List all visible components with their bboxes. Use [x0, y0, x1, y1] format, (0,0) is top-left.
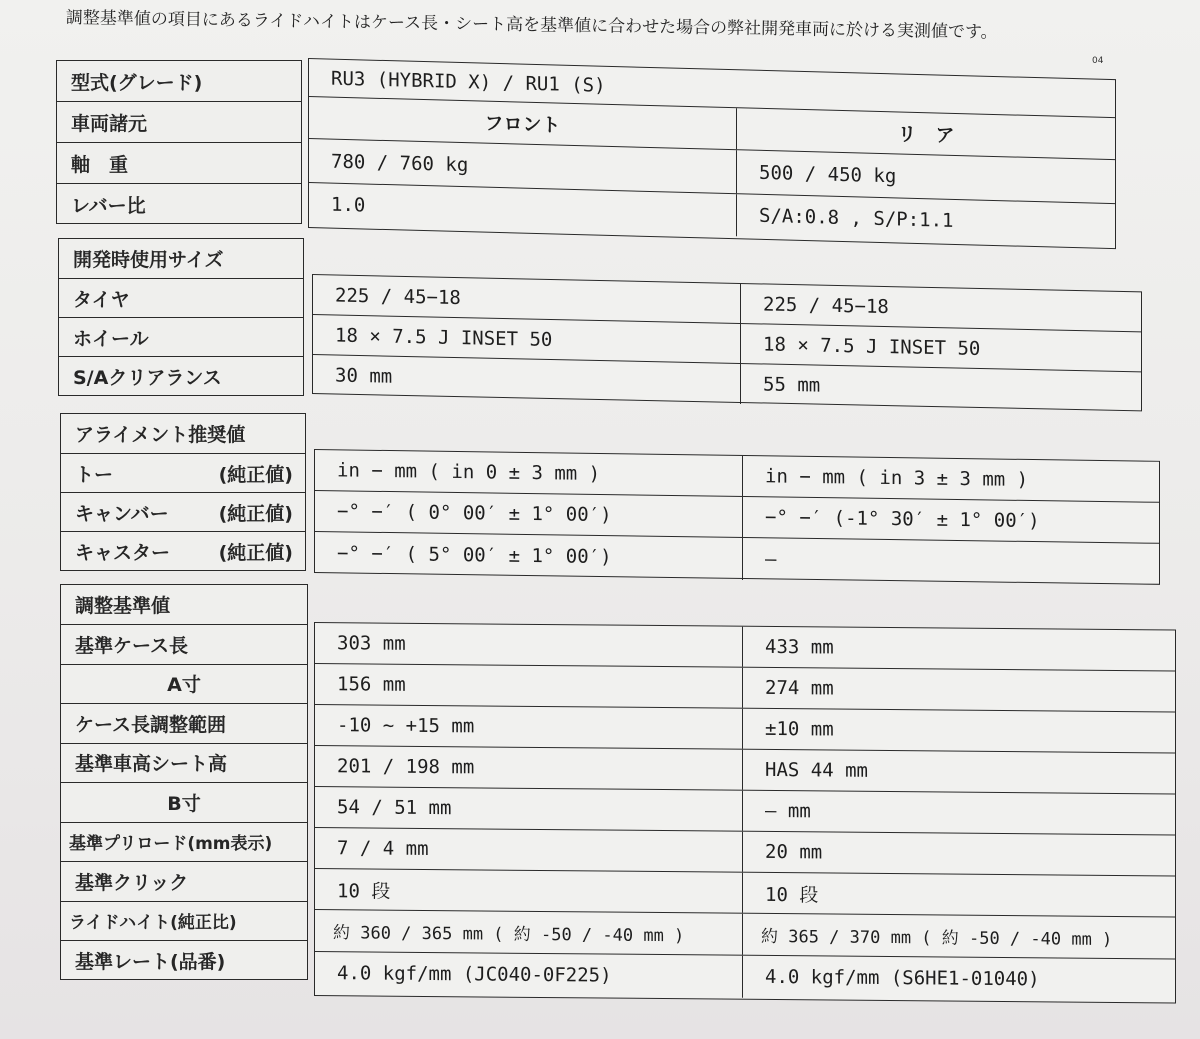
label-devsize-title: 開発時使用サイズ: [59, 239, 303, 279]
label-caster: キャスター (純正値): [61, 532, 305, 571]
label-click: 基準クリック: [61, 862, 307, 902]
alignment-value-table: in − mm ( in 0 ± 3 mm ) in − mm ( in 3 ±…: [314, 449, 1160, 585]
adjust-value-table: 303 mm 433 mm 156 mm 274 mm -10 ~ +15 mm…: [314, 622, 1176, 1004]
label-model-grade: 型式(グレード): [57, 61, 301, 102]
label-caster-name: キャスター: [75, 538, 170, 565]
label-b-dimension: B寸: [61, 783, 307, 823]
toe-rear: in − mm ( in 3 ± 3 mm ): [743, 456, 1159, 502]
sa-clearance-rear: 55 mm: [741, 364, 1141, 412]
alignment-label-column: アライメント推奨値 トー (純正値) キャンバー (純正値) キャスター (純正…: [60, 413, 306, 571]
label-spring-rate: 基準レート(品番): [61, 941, 307, 981]
preload-rear: 20 mm: [743, 832, 1175, 876]
label-lever-ratio: レバー比: [57, 184, 301, 225]
intro-note: 調整基準値の項目にあるライドハイトはケース長・シート高を基準値に合わせた場合の弊…: [66, 6, 1126, 48]
devsize-value-table: 225 / 45−18 225 / 45−18 18 × 7.5 J INSET…: [312, 274, 1142, 411]
ride-height-rear: 約 365 / 370 mm ( 約 -50 / -40 mm ): [743, 914, 1175, 959]
vehicle-label-column: 型式(グレード) 車両諸元 軸 重 レバー比: [56, 60, 302, 224]
label-camber-name: キャンバー: [75, 499, 169, 526]
label-camber: キャンバー (純正値): [61, 493, 305, 532]
label-axle-weight: 軸 重: [57, 143, 301, 184]
lever-ratio-rear: S/A:0.8 , S/P:1.1: [737, 194, 1115, 246]
label-vehicle-specs: 車両諸元: [57, 102, 301, 143]
page-code: 04: [1092, 56, 1103, 66]
adjust-label-column: 調整基準値 基準ケース長 A寸 ケース長調整範囲 基準車高シート高 B寸 基準プ…: [60, 584, 308, 980]
label-wheel: ホイール: [59, 318, 303, 357]
a-dimension-front: 156 mm: [315, 664, 743, 708]
case-length-rear: 433 mm: [743, 627, 1175, 671]
case-length-front: 303 mm: [315, 623, 743, 667]
preload-front: 7 / 4 mm: [315, 828, 743, 872]
toe-front: in − mm ( in 0 ± 3 mm ): [315, 450, 743, 496]
vehicle-value-table: RU3 (HYBRID X) / RU1 (S) フロント リ ア 780 / …: [308, 58, 1116, 249]
camber-front: −° −′ ( 0° 00′ ± 1° 00′): [315, 491, 743, 537]
label-toe-sub: (純正値): [219, 460, 305, 487]
label-case-length-range: ケース長調整範囲: [61, 704, 307, 744]
label-tire: タイヤ: [59, 279, 303, 318]
sa-clearance-front: 30 mm: [313, 355, 741, 404]
a-dimension-rear: 274 mm: [743, 668, 1175, 712]
label-caster-sub: (純正値): [219, 538, 305, 565]
label-toe: トー (純正値): [61, 454, 305, 493]
click-front: 10 段: [315, 869, 743, 913]
caster-front: −° −′ ( 5° 00′ ± 1° 00′): [315, 532, 743, 580]
b-dimension-front: 54 / 51 mm: [315, 787, 743, 831]
case-length-range-rear: ±10 mm: [743, 709, 1175, 753]
case-length-range-front: -10 ~ +15 mm: [315, 705, 743, 749]
spring-rate-front: 4.0 kgf/mm (JC040-0F225): [315, 952, 743, 998]
label-toe-name: トー: [75, 460, 113, 487]
label-case-length: 基準ケース長: [61, 625, 307, 665]
camber-rear: −° −′ (-1° 30′ ± 1° 00′): [743, 497, 1159, 543]
caster-rear: —: [743, 538, 1159, 586]
label-adjust-title: 調整基準値: [61, 585, 307, 625]
b-dimension-rear: — mm: [743, 791, 1175, 835]
seat-height-rear: HAS 44 mm: [743, 750, 1175, 794]
label-alignment-title: アライメント推奨値: [61, 414, 305, 454]
label-sa-clearance: S/Aクリアランス: [59, 357, 303, 396]
label-preload: 基準プリロード(mm表示): [61, 823, 307, 863]
label-camber-sub: (純正値): [219, 499, 305, 526]
spring-rate-rear: 4.0 kgf/mm (S6HE1-01040): [743, 956, 1175, 1002]
label-seat-height: 基準車高シート高: [61, 744, 307, 784]
click-rear: 10 段: [743, 873, 1175, 917]
label-ride-height: ライドハイト(純正比): [61, 902, 307, 942]
devsize-label-column: 開発時使用サイズ タイヤ ホイール S/Aクリアランス: [58, 238, 304, 396]
label-a-dimension: A寸: [61, 665, 307, 705]
seat-height-front: 201 / 198 mm: [315, 746, 743, 790]
ride-height-front: 約 360 / 365 mm ( 約 -50 / -40 mm ): [315, 910, 743, 955]
